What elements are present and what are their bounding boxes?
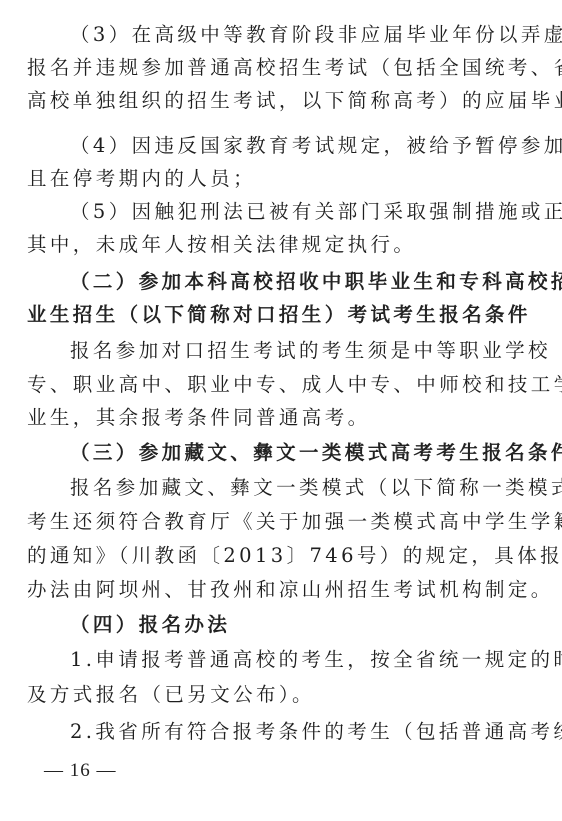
text-line: （5）因触犯刑法已被有关部门采取强制措施或正在服刑者， xyxy=(70,197,534,227)
text-line: 专、职业高中、职业中专、成人中专、中师校和技工学校）的毕 xyxy=(27,370,534,400)
text-line: （3）在高级中等教育阶段非应届毕业年份以弄虚作假手段 xyxy=(70,20,534,50)
text-line: （4）因违反国家教育考试规定，被给予暂停参加高考处理 xyxy=(70,131,534,161)
section-heading: （三）参加藏文、彝文一类模式高考考生报名条件 xyxy=(70,438,534,468)
section-heading: （二）参加本科高校招收中职毕业生和专科高校招收中职毕 xyxy=(70,267,534,297)
text-line: 办法由阿坝州、甘孜州和凉山州招生考试机构制定。 xyxy=(27,575,534,605)
text-line: 1.申请报考普通高校的考生，按全省统一规定的时间、地点 xyxy=(70,645,534,675)
document-page: （3）在高级中等教育阶段非应届毕业年份以弄虚作假手段 报名并违规参加普通高校招生… xyxy=(0,0,562,821)
text-line: 高校单独组织的招生考试，以下简称高考）的应届毕业生； xyxy=(27,86,534,116)
text-line: 报名并违规参加普通高校招生考试（包括全国统考、省级统考和 xyxy=(27,53,534,83)
text-line: 其中，未成年人按相关法律规定执行。 xyxy=(27,230,534,260)
text-line: 2.我省所有符合报考条件的考生（包括普通高考统考生、对 xyxy=(70,717,534,747)
text-line: 报名参加对口招生考试的考生须是中等职业学校（含普通中 xyxy=(70,336,534,366)
page-number: — 16 — xyxy=(44,756,117,786)
text-line: 及方式报名（已另文公布）。 xyxy=(27,680,534,710)
text-line: 报名参加藏文、彝文一类模式（以下简称一类模式）高考的 xyxy=(70,473,534,503)
text-line: 的通知》（川教函〔2013〕746号）的规定，具体报名资格审查 xyxy=(27,541,534,571)
section-heading: （四）报名办法 xyxy=(70,610,534,640)
section-heading: 业生招生（以下简称对口招生）考试考生报名条件 xyxy=(27,300,534,330)
text-line: 考生还须符合教育厅《关于加强一类模式高中学生学籍管理意见 xyxy=(27,507,534,537)
text-line: 业生，其余报考条件同普通高考。 xyxy=(27,403,534,433)
text-line: 且在停考期内的人员； xyxy=(27,164,534,194)
